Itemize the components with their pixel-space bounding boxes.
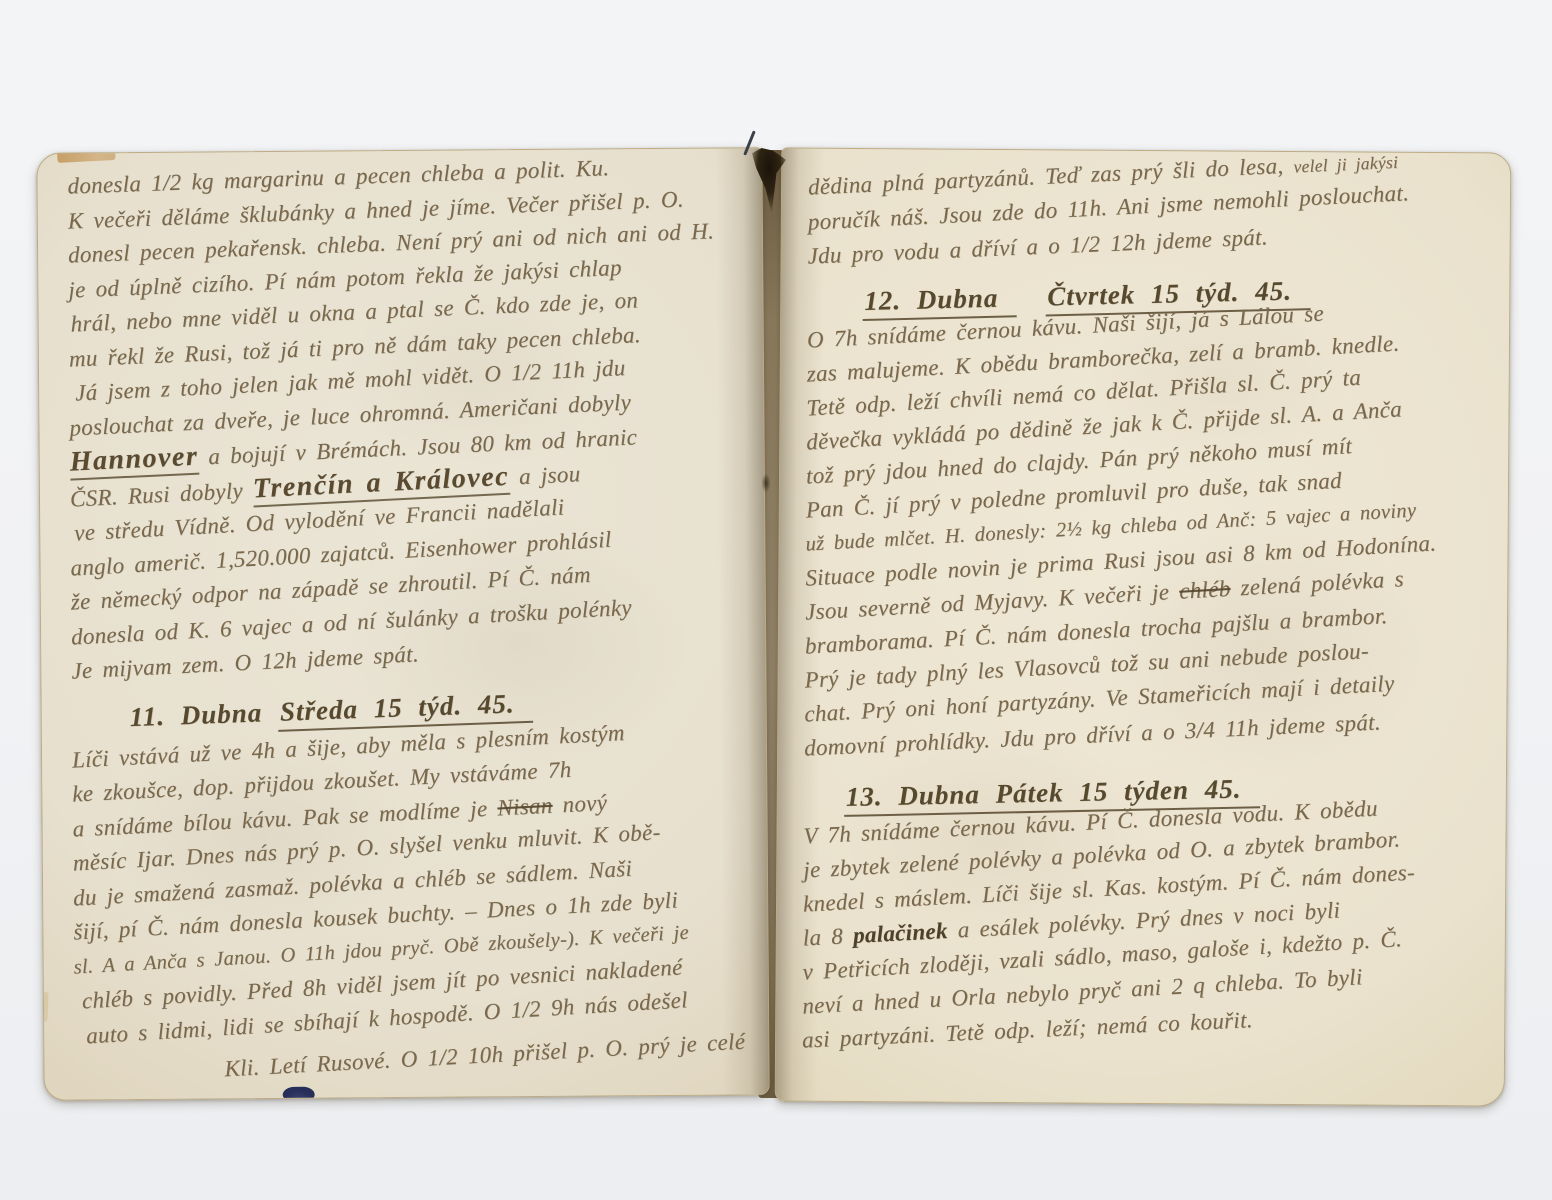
diary-page-right: dědina plná partyzánů. Teď zas prý šli d… (775, 147, 1512, 1106)
handwriting-text: nový (552, 790, 608, 818)
handwriting-text: Hannover (69, 441, 199, 481)
handwriting-text: 11. Dubna (129, 696, 278, 731)
handwriting-text: ČSR. Rusi dobyly (69, 477, 253, 511)
photograph-of-open-diary: donesla 1/2 kg margarinu a pecen chleba … (0, 0, 1552, 1200)
handwriting-text: velel ji jakýsi (1293, 152, 1399, 177)
handwriting-text: a jsou (508, 461, 581, 490)
spine-wear-mark (760, 470, 772, 496)
handwriting-text (1016, 282, 1046, 313)
blue-ink-blot (283, 1087, 315, 1099)
diary-page-left: donesla 1/2 kg margarinu a pecen chleba … (36, 147, 769, 1101)
handwriting-text: la 8 (802, 923, 854, 951)
handwriting-text: chléb (1179, 576, 1232, 604)
handwriting-text: Nisan (497, 792, 553, 820)
handwriting-text: zelená polévka s (1230, 566, 1405, 601)
left-page-handwriting: donesla 1/2 kg margarinu a pecen chleba … (37, 148, 768, 1088)
handwriting-text: palačinek (852, 918, 948, 948)
right-page-handwriting: dědina plná partyzánů. Teď zas prý šli d… (776, 148, 1510, 1062)
page-edge-nick (40, 992, 48, 1022)
